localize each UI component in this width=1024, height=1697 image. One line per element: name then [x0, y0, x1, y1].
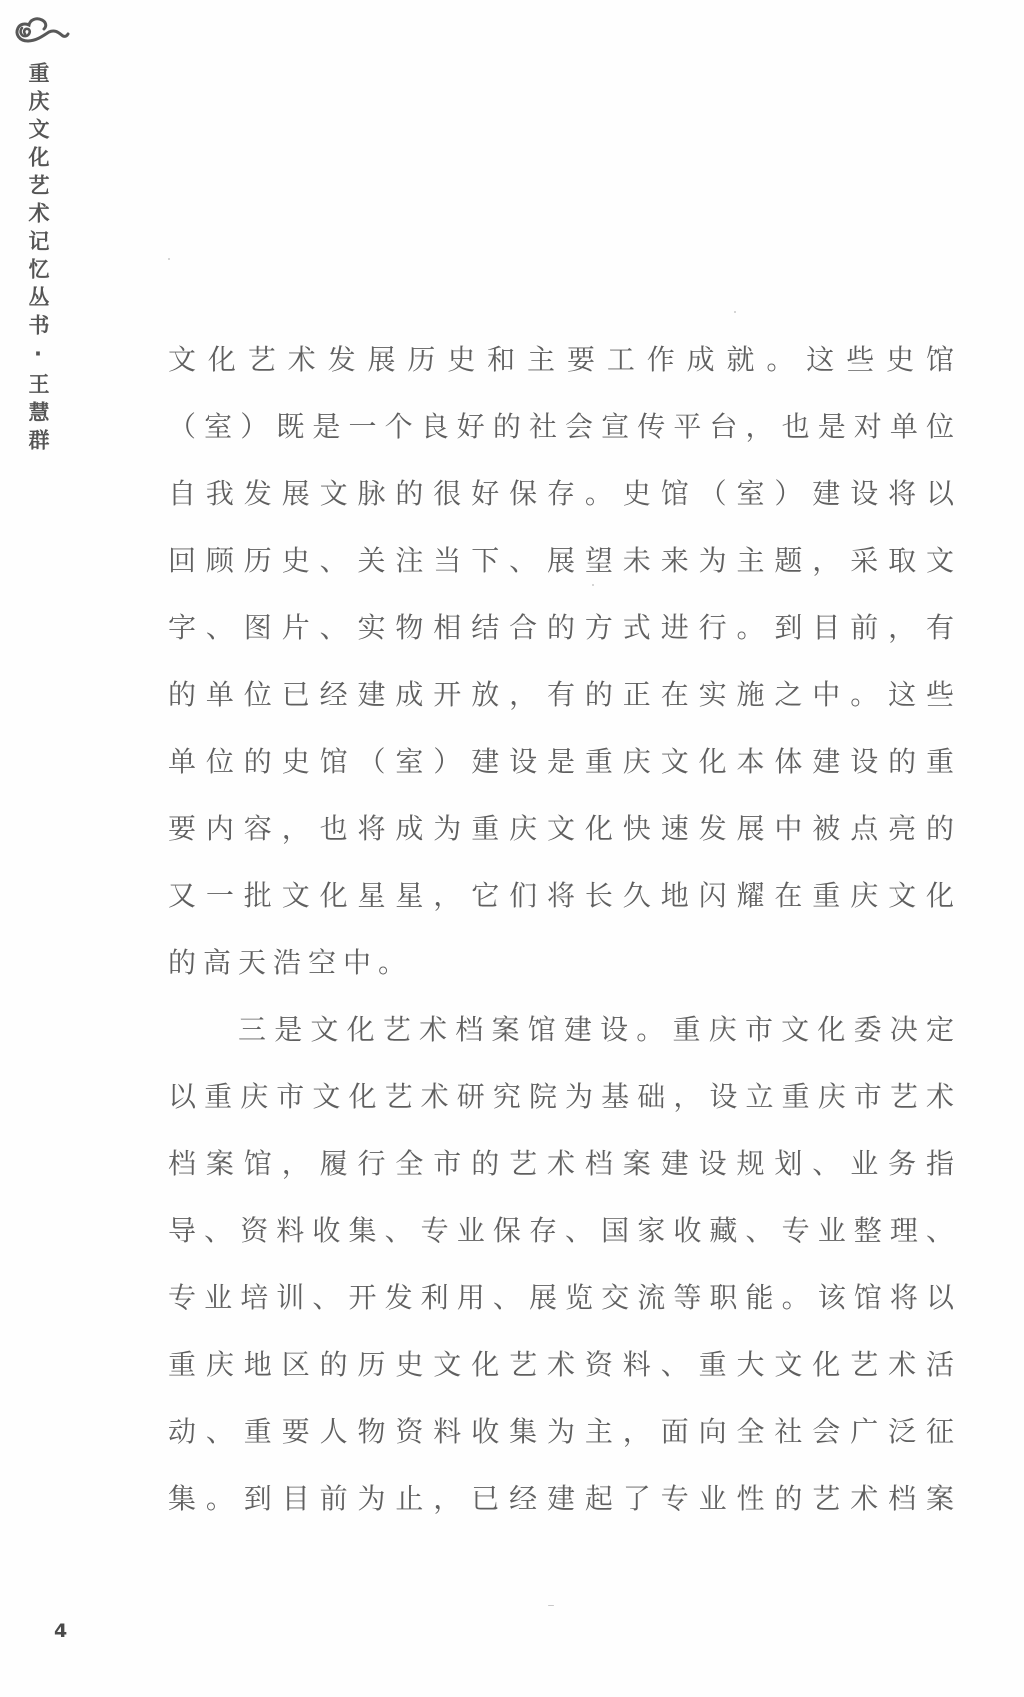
text-line: 的单位已经建成开放，有的正在实施之中。这些: [168, 661, 954, 728]
text-line: 自我发展文脉的很好保存。史馆（室）建设将以: [168, 460, 954, 527]
paragraph-1: 文化艺术发展历史和主要工作成就。这些史馆 （室）既是一个良好的社会宣传平台，也是…: [168, 326, 954, 996]
text-line: 文化艺术发展历史和主要工作成就。这些史馆: [168, 326, 954, 393]
paper-speck: [734, 311, 736, 313]
paragraph-2: 三是文化艺术档案馆建设。重庆市文化委决定 以重庆市文化艺术研究院为基础，设立重庆…: [168, 996, 954, 1532]
paper-speck: [168, 258, 170, 260]
text-line: 重庆地区的历史文化艺术资料、重大文化艺术活: [168, 1331, 954, 1398]
cloud-icon: [12, 12, 70, 46]
text-line-last: 的高天浩空中。: [168, 929, 954, 996]
text-line: 以重庆市文化艺术研究院为基础，设立重庆市艺术: [168, 1063, 954, 1130]
body-text: 文化艺术发展历史和主要工作成就。这些史馆 （室）既是一个良好的社会宣传平台，也是…: [168, 326, 954, 1532]
text-line: 导、资料收集、专业保存、国家收藏、专业整理、: [168, 1197, 954, 1264]
text-line: 要内容，也将成为重庆文化快速发展中被点亮的: [168, 795, 954, 862]
paper-speck: [592, 584, 594, 586]
text-line: （室）既是一个良好的社会宣传平台，也是对单位: [168, 393, 954, 460]
text-line-first: 三是文化艺术档案馆建设。重庆市文化委决定: [168, 996, 954, 1063]
text-line: 档案馆，履行全市的艺术档案建设规划、业务指: [168, 1130, 954, 1197]
page-number: 4: [54, 1620, 67, 1642]
text-line: 又一批文化星星，它们将长久地闪耀在重庆文化: [168, 862, 954, 929]
paper-speck: [548, 1605, 554, 1606]
text-line: 回顾历史、关注当下、展望未来为主题，采取文: [168, 527, 954, 594]
text-line: 专业培训、开发利用、展览交流等职能。该馆将以: [168, 1264, 954, 1331]
text-line: 动、重要人物资料收集为主，面向全社会广泛征: [168, 1398, 954, 1465]
series-title: 重庆文化艺术记忆丛书·王慧群: [27, 62, 49, 457]
text-line: 单位的史馆（室）建设是重庆文化本体建设的重: [168, 728, 954, 795]
text-line: 集。到目前为止，已经建起了专业性的艺术档案: [168, 1465, 954, 1532]
book-page: 重庆文化艺术记忆丛书·王慧群 文化艺术发展历史和主要工作成就。这些史馆 （室）既…: [0, 0, 1024, 1697]
paper-speck: [897, 892, 898, 900]
text-line: 字、图片、实物相结合的方式进行。到目前，有: [168, 594, 954, 661]
